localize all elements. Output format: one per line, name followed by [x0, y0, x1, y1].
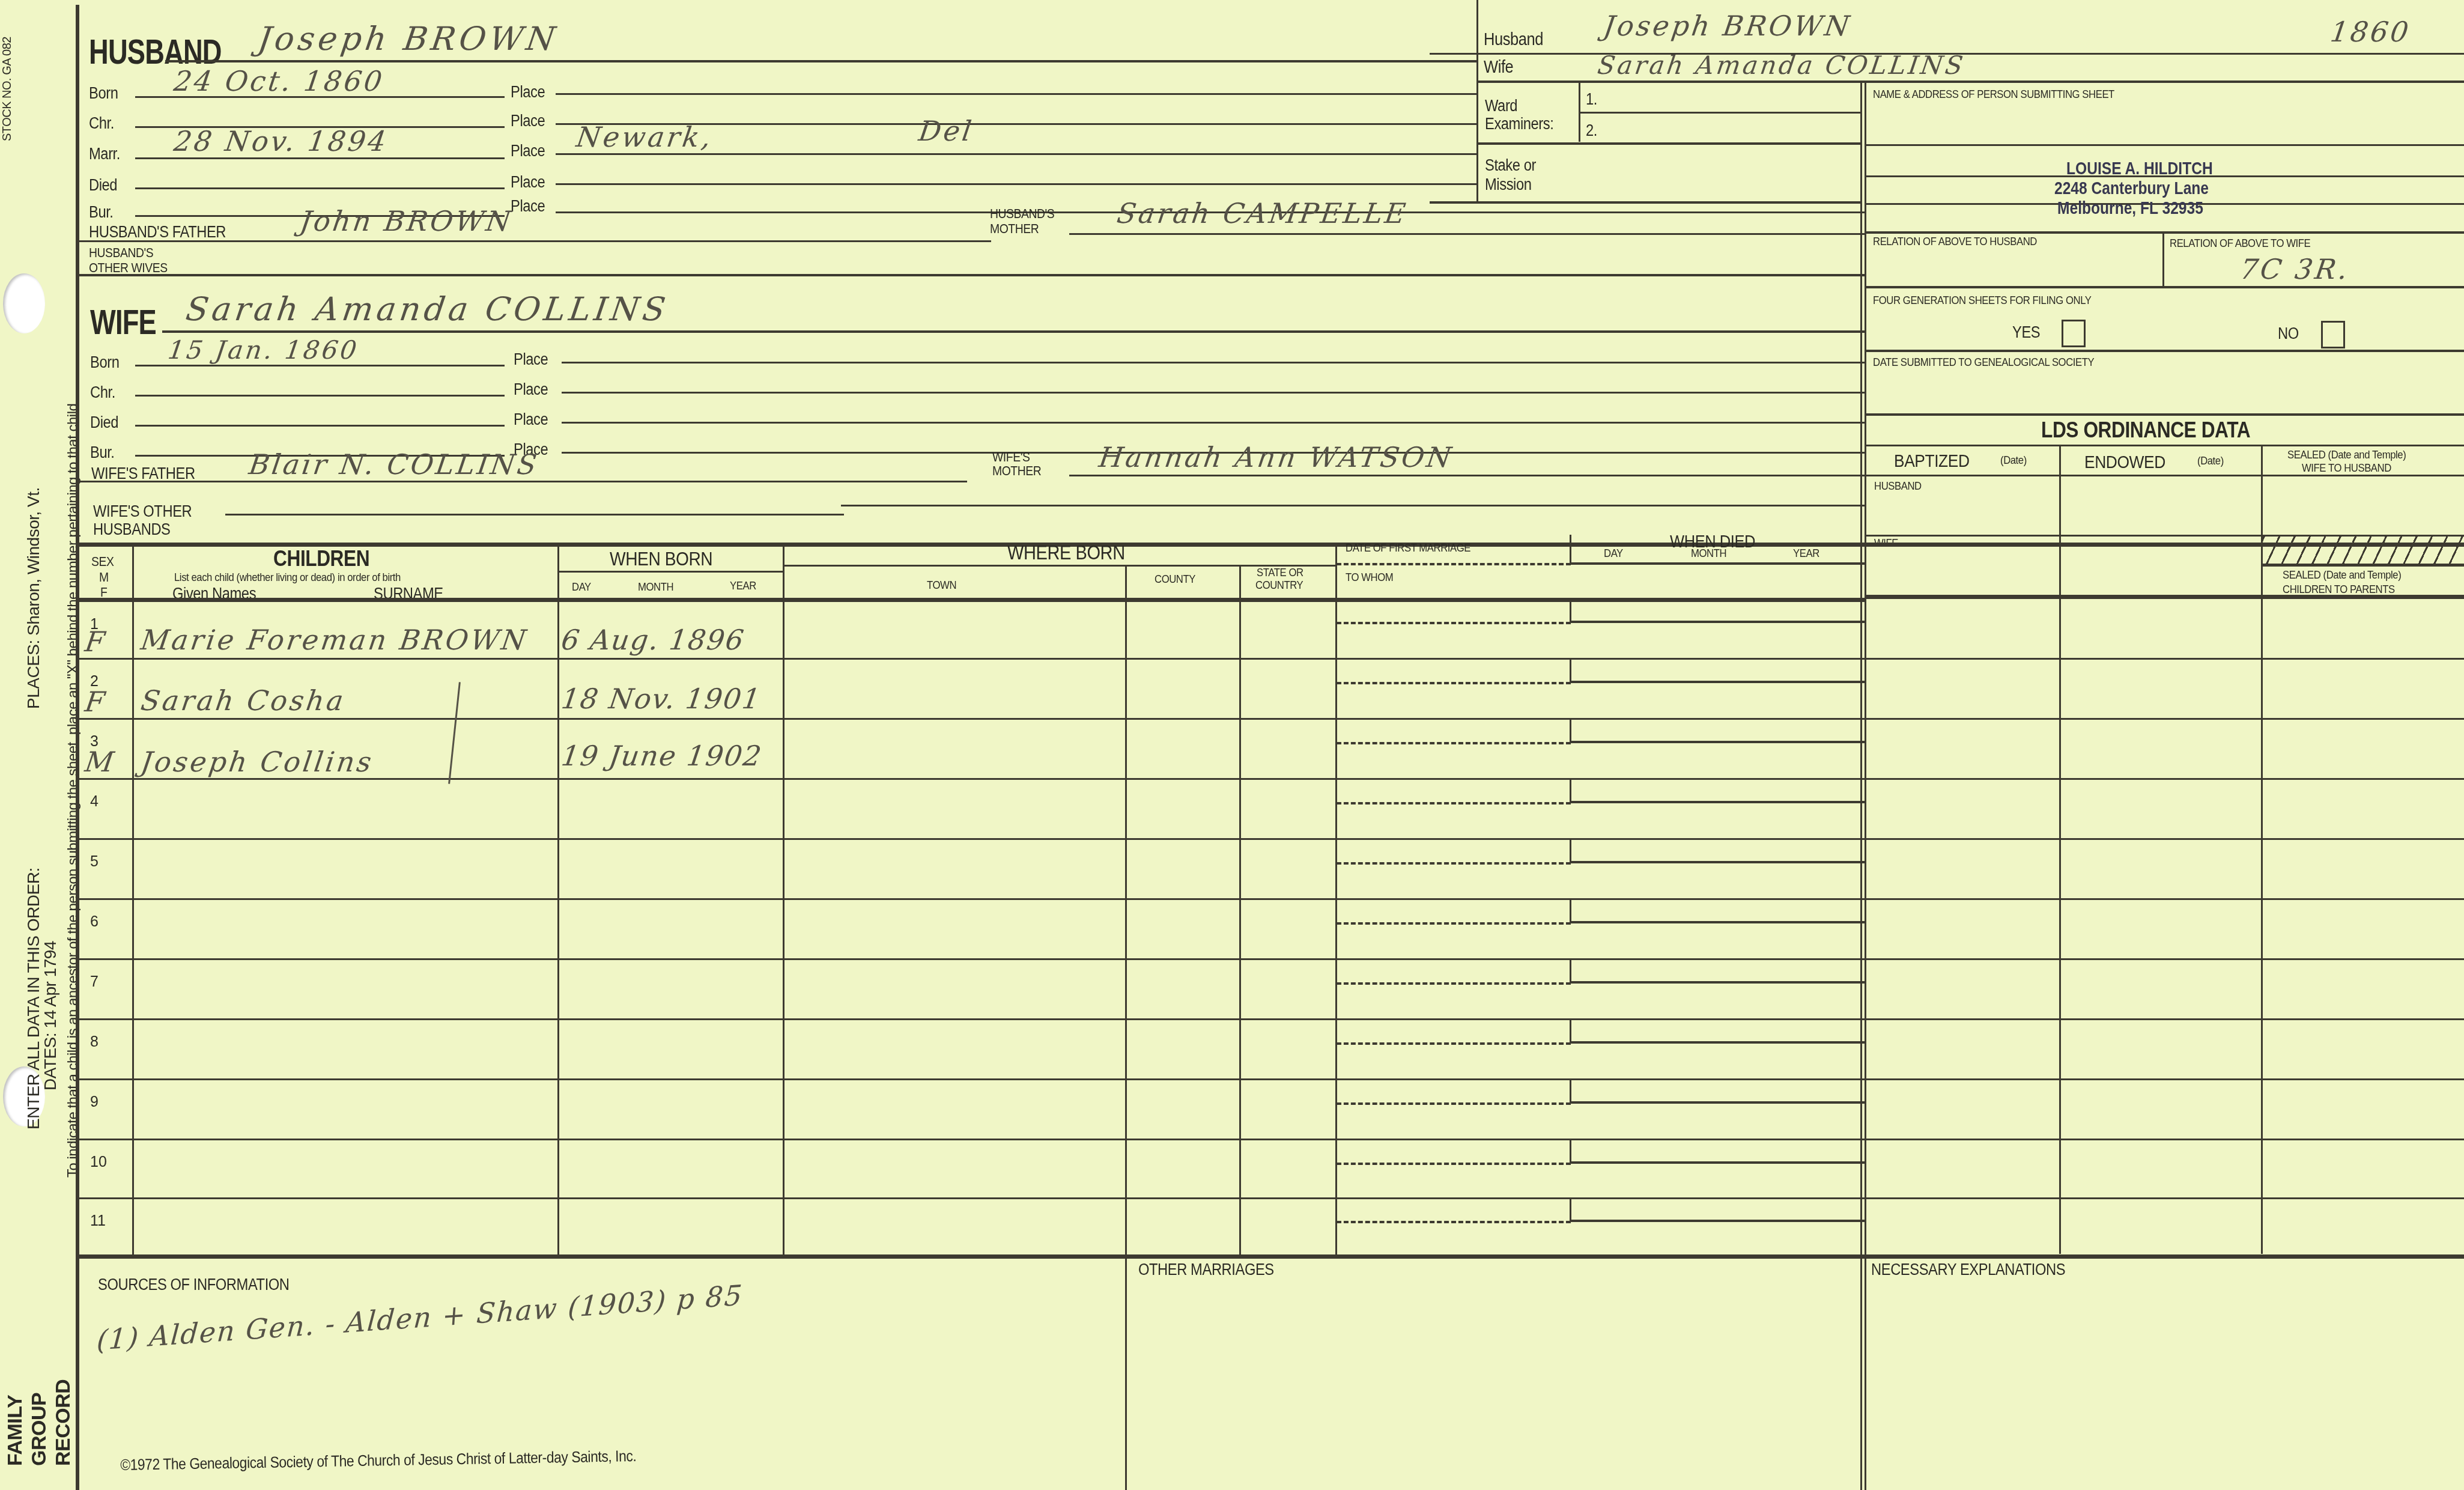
husband-father-label: HUSBAND'S FATHER — [89, 224, 226, 240]
where-born-subline — [784, 565, 1337, 567]
submitter-line-1 — [1865, 144, 2464, 146]
submitter-name[interactable]: LOUISE A. HILDITCH — [2066, 159, 2213, 178]
died-bracket — [1570, 839, 1571, 862]
lds-col-divider-2 — [2261, 446, 2263, 1254]
husband-born-place-label: Place — [511, 84, 545, 100]
first-marriage-header: DATE OF FIRST MARRIAGE — [1346, 543, 1470, 554]
wife-born-place-line — [562, 362, 1865, 363]
husband-father-value[interactable]: John BROWN — [299, 207, 515, 235]
lds-header-line — [1865, 475, 2464, 476]
died-line — [1570, 921, 1865, 923]
died-bracket — [1570, 959, 1571, 982]
wife-name-line — [162, 330, 1865, 333]
four-gen-yes-checkbox[interactable] — [2062, 320, 2086, 347]
wife-born-line — [135, 365, 505, 366]
wife-extra-line — [841, 505, 1865, 506]
marriage-dashline — [1337, 922, 1571, 925]
child-born[interactable]: 6 Aug. 1896 — [560, 626, 747, 654]
husband-marr-line — [135, 157, 505, 159]
row-line — [77, 838, 1865, 840]
wife-died-line — [135, 425, 505, 427]
marriage-dashline — [1337, 1042, 1571, 1045]
child-sex[interactable]: F — [83, 688, 109, 716]
child-sex[interactable]: M — [83, 748, 118, 776]
husband-mother-label-1: HUSBAND'S — [990, 207, 1054, 220]
wife-name-value[interactable]: Sarah Amanda COLLINS — [184, 293, 671, 326]
died-bracket — [1570, 1080, 1571, 1102]
husband-chr-place-label: Place — [511, 113, 545, 129]
submitter-street[interactable]: 2248 Canterbury Lane — [2054, 179, 2209, 198]
row-line — [77, 778, 1865, 780]
wife-mother-value[interactable]: Hannah Ann WATSON — [1097, 443, 1455, 471]
submitter-label: NAME & ADDRESS OF PERSON SUBMITTING SHEE… — [1873, 89, 2114, 100]
row-number: 6 — [90, 913, 99, 931]
lds-sealed-children-1: SEALED (Date and Temple) — [2283, 570, 2401, 581]
stake-bottom-line — [1430, 201, 1862, 204]
row-line — [77, 1197, 1865, 1199]
when-born-header: WHEN BORN — [610, 549, 712, 568]
other-marriages-label: OTHER MARRIAGES — [1138, 1262, 1274, 1278]
lds-row-line — [1865, 595, 2464, 599]
died-line — [1570, 861, 1865, 863]
wife-chr-line — [135, 395, 505, 397]
died-bracket — [1570, 1140, 1571, 1162]
husband-born-label: Born — [89, 85, 118, 102]
lds-row-line — [1865, 1197, 2464, 1199]
children-subtitle: List each child (whether living or dead)… — [174, 572, 401, 583]
marriage-dashline — [1337, 682, 1571, 684]
lds-row-line — [1865, 1139, 2464, 1140]
lds-sealed-wife-1: SEALED (Date and Temple) — [2287, 449, 2406, 461]
row-number: 8 — [90, 1033, 99, 1051]
relation-wife-label: RELATION OF ABOVE TO WIFE — [2170, 238, 2310, 249]
husband-other-wives-label-2: OTHER WIVES — [89, 261, 168, 275]
four-gen-yes-label: YES — [2012, 324, 2040, 341]
died-line — [1570, 801, 1865, 803]
when-born-month: MONTH — [638, 582, 673, 593]
marriage-dashline — [1337, 1163, 1571, 1165]
lds-row-line — [1865, 778, 2464, 780]
ward-label-2: Examiners: — [1485, 116, 1553, 132]
lds-row-line — [1865, 898, 2464, 900]
row-number: 11 — [90, 1212, 106, 1230]
wife-chr-label: Chr. — [90, 385, 115, 401]
lds-row-line — [1865, 1018, 2464, 1020]
husband-marr-label: Marr. — [89, 146, 120, 162]
row-line — [77, 1078, 1865, 1080]
right-panel-divider-2 — [1865, 81, 1866, 1490]
wife-mother-label-2: MOTHER — [992, 464, 1041, 478]
lds-baptized-header: BAPTIZED — [1894, 452, 1970, 470]
died-line — [1570, 741, 1865, 743]
county-header: COUNTY — [1155, 574, 1195, 585]
row-line — [77, 718, 1865, 720]
col-county — [1239, 565, 1241, 1256]
ward-bottom-line — [1478, 142, 1862, 145]
husband-died-place-label: Place — [511, 174, 545, 190]
died-bracket — [1570, 1199, 1571, 1221]
examiner-line — [1580, 112, 1862, 114]
wife-other-husbands-label-2: HUSBANDS — [93, 521, 171, 538]
died-bracket — [1570, 899, 1571, 922]
wife-mother-line — [1069, 475, 1865, 476]
lds-row-line — [1865, 718, 2464, 720]
row-line — [77, 1018, 1865, 1020]
left-border — [76, 5, 79, 1490]
husband-other-wives-label-1: HUSBAND'S — [89, 246, 153, 260]
row-number: 7 — [90, 973, 99, 991]
husband-father-line — [78, 240, 991, 242]
dates-note: DATES: 14 Apr 1794 — [42, 941, 59, 1090]
husband-born-place-line — [556, 93, 1478, 95]
row-number: 9 — [90, 1093, 99, 1111]
submitter-city[interactable]: Melbourne, FL 32935 — [2057, 199, 2203, 218]
husband-died-place-line — [556, 183, 1478, 185]
husband-died-line — [135, 187, 505, 189]
wife-other-husbands-label-1: WIFE'S OTHER — [93, 503, 192, 520]
died-bracket — [1570, 1020, 1571, 1042]
lds-baptized-date-suffix: (Date) — [2000, 455, 2027, 466]
lds-title-line — [1865, 445, 2464, 446]
wife-father-value[interactable]: Blair N. COLLINS — [247, 451, 541, 478]
husband-section-bottom — [78, 274, 1865, 276]
marriage-dashline — [1337, 862, 1571, 865]
child-name[interactable]: Joseph Collins — [139, 748, 375, 776]
row-line — [77, 898, 1865, 900]
four-gen-no-checkbox[interactable] — [2321, 321, 2345, 348]
row-line — [77, 658, 1865, 660]
row-line — [77, 958, 1865, 960]
husband-bur-label: Bur. — [89, 204, 114, 220]
row-number: 10 — [90, 1154, 107, 1171]
wife-heading: WIFE — [90, 305, 156, 340]
header-wife-label: Wife — [1484, 59, 1513, 76]
died-line — [1570, 1161, 1865, 1164]
to-whom-header: TO WHOM — [1346, 572, 1393, 583]
children-bottom-line — [77, 1254, 2464, 1259]
row-number: 5 — [90, 853, 99, 871]
died-line — [1570, 981, 1865, 984]
wife-chr-place-line — [562, 392, 1865, 394]
wife-other-husbands-line — [225, 514, 844, 515]
row-line — [77, 1139, 1865, 1140]
sex-header-f: F — [100, 586, 107, 599]
handwritten-bracket-mark — [448, 682, 461, 783]
lds-hatched-cell — [2263, 537, 2464, 567]
husband-marr-place-line — [556, 153, 1478, 155]
husband-marr-place-state[interactable]: Del — [917, 117, 976, 145]
ward-label-1: Ward — [1485, 98, 1517, 114]
wife-born-date[interactable]: 15 Jan. 1860 — [166, 338, 360, 363]
died-bracket — [1570, 599, 1571, 621]
husband-name-value[interactable]: Joseph BROWN — [256, 23, 560, 55]
husband-mother-line — [1069, 233, 1865, 235]
relation-divider — [2162, 232, 2164, 287]
children-top-line — [77, 543, 2464, 547]
husband-born-date[interactable]: 24 Oct. 1860 — [172, 67, 386, 95]
four-gen-no-label: NO — [2278, 326, 2299, 342]
died-line — [1570, 681, 1865, 683]
husband-mother-label-2: MOTHER — [990, 222, 1039, 236]
wife-mother-label-1: WIFE'S — [992, 451, 1030, 464]
town-header: TOWN — [927, 580, 956, 591]
examiner-1[interactable]: 1. — [1586, 91, 1597, 108]
lds-col-divider-1 — [2059, 446, 2061, 1254]
husband-marr-date[interactable]: 28 Nov. 1894 — [172, 127, 390, 155]
form-title-family: FAMILY — [5, 1394, 25, 1466]
died-line — [1570, 1041, 1865, 1044]
lds-row-line — [1865, 838, 2464, 840]
state-header-1: STATE OR — [1257, 567, 1303, 579]
header-year[interactable]: 1860 — [2329, 18, 2413, 46]
sources-divider — [1125, 1256, 1127, 1490]
header-wife-value[interactable]: Sarah Amanda COLLINS — [1596, 53, 1967, 78]
form-title-group: GROUP — [29, 1393, 49, 1466]
sex-header-m: M — [99, 571, 109, 584]
date-submitted-bottom-line — [1865, 413, 2464, 416]
four-gen-label: FOUR GENERATION SHEETS FOR FILING ONLY — [1873, 295, 2092, 306]
children-title: CHILDREN — [273, 548, 369, 570]
relation-husband-label: RELATION OF ABOVE TO HUSBAND — [1873, 236, 2037, 248]
wife-born-label: Born — [90, 354, 119, 371]
state-header-2: COUNTRY — [1255, 580, 1303, 591]
died-bracket — [1570, 659, 1571, 681]
child-name[interactable]: Sarah Cosha — [139, 687, 348, 714]
lds-sealed-wife-2: WIFE TO HUSBAND — [2302, 463, 2391, 474]
header-husband-label: Husband — [1484, 31, 1543, 49]
husband-name-line — [165, 60, 1478, 62]
lds-endowed-date-suffix: (Date) — [2197, 455, 2224, 467]
husband-bur-place-label: Place — [511, 198, 545, 214]
child-sex[interactable]: F — [83, 628, 109, 655]
husband-mother-value[interactable]: Sarah CAMPELLE — [1115, 199, 1410, 227]
col-died-header — [1570, 535, 1571, 565]
marriage-dashline — [1337, 742, 1571, 744]
punch-hole — [3, 273, 45, 333]
wife-died-place-label: Place — [514, 412, 548, 428]
died-bracket — [1570, 779, 1571, 801]
lds-sealed-children-2: CHILDREN TO PARENTS — [2283, 584, 2395, 595]
when-born-day: DAY — [572, 582, 591, 593]
places-note: PLACES: Sharon, Windsor, Vt. — [25, 487, 42, 709]
header-wife-line — [1478, 81, 2464, 83]
lds-endowed-header: ENDOWED — [2084, 454, 2165, 472]
examiner-2[interactable]: 2. — [1586, 123, 1597, 139]
relation-wife-value[interactable]: 7C 3R. — [2239, 255, 2352, 283]
date-submitted-label: DATE SUBMITTED TO GENEALOGICAL SOCIETY — [1873, 357, 2094, 368]
lds-row-line — [1865, 658, 2464, 660]
when-born-subline — [559, 571, 784, 573]
stock-number: STOCK NO. GA 082 — [1, 37, 13, 141]
wife-born-place-label: Place — [514, 351, 548, 368]
lds-title: LDS ORDINANCE DATA — [2041, 419, 2250, 441]
husband-marr-place[interactable]: Newark, — [575, 123, 715, 151]
lds-row-line — [1865, 1078, 2464, 1080]
child-name[interactable]: Marie Foreman BROWN — [139, 626, 530, 654]
first-marriage-dashline — [1337, 563, 1571, 565]
wife-chr-place-label: Place — [514, 382, 548, 398]
children-header-bottom — [77, 598, 1865, 602]
wife-bur-label: Bur. — [90, 445, 115, 461]
wife-died-label: Died — [90, 415, 118, 431]
when-died-month: MONTH — [1691, 548, 1726, 559]
died-line — [1570, 621, 1865, 623]
sex-header: SEX — [91, 555, 114, 568]
when-born-year: YEAR — [730, 580, 756, 592]
died-line — [1570, 1101, 1865, 1104]
relation-bottom-line — [1865, 286, 2464, 288]
husband-chr-label: Chr. — [89, 115, 114, 132]
when-died-year: YEAR — [1793, 548, 1819, 559]
lds-husband-row-label: HUSBAND — [1874, 481, 1922, 492]
four-gen-bottom-line — [1865, 350, 2464, 352]
when-died-subline — [1571, 562, 1865, 565]
header-husband-value[interactable]: Joseph BROWN — [1602, 12, 1854, 40]
marriage-dashline — [1337, 802, 1571, 804]
necessary-explanations-label: NECESSARY EXPLANATIONS — [1871, 1262, 2065, 1278]
right-panel-divider — [1860, 81, 1862, 1490]
wife-died-place-line — [562, 422, 1865, 424]
lds-row-line — [1865, 958, 2464, 960]
col-town — [1125, 565, 1127, 1256]
where-born-header: WHERE BORN — [1007, 543, 1125, 562]
child-born[interactable]: 18 Nov. 1901 — [560, 685, 763, 713]
row-number: 4 — [90, 793, 99, 810]
sources-label: SOURCES OF INFORMATION — [98, 1277, 290, 1293]
header-box-divider — [1476, 0, 1478, 201]
stake-label-2: Mission — [1485, 177, 1531, 193]
died-line — [1570, 1220, 1865, 1222]
copyright-notice: ©1972 The Genealogical Society of The Ch… — [120, 1448, 636, 1473]
wife-father-label: WIFE'S FATHER — [91, 466, 195, 482]
submitter-bottom-line — [1865, 231, 2464, 234]
husband-born-line — [135, 96, 505, 98]
marriage-dashline — [1337, 1221, 1571, 1223]
enter-order-note: ENTER ALL DATA IN THIS ORDER: — [25, 868, 42, 1130]
child-born[interactable]: 19 June 1902 — [560, 742, 764, 770]
died-bracket — [1570, 719, 1571, 741]
wife-father-line — [78, 481, 967, 482]
husband-died-label: Died — [89, 177, 117, 193]
when-died-day: DAY — [1604, 548, 1623, 559]
marriage-dashline — [1337, 982, 1571, 985]
form-title-record: RECORD — [53, 1379, 73, 1466]
husband-marr-place-label: Place — [511, 143, 545, 159]
marriage-dashline — [1337, 1102, 1571, 1105]
marriage-dashline — [1337, 622, 1571, 624]
stake-label-1: Stake or — [1485, 157, 1536, 174]
